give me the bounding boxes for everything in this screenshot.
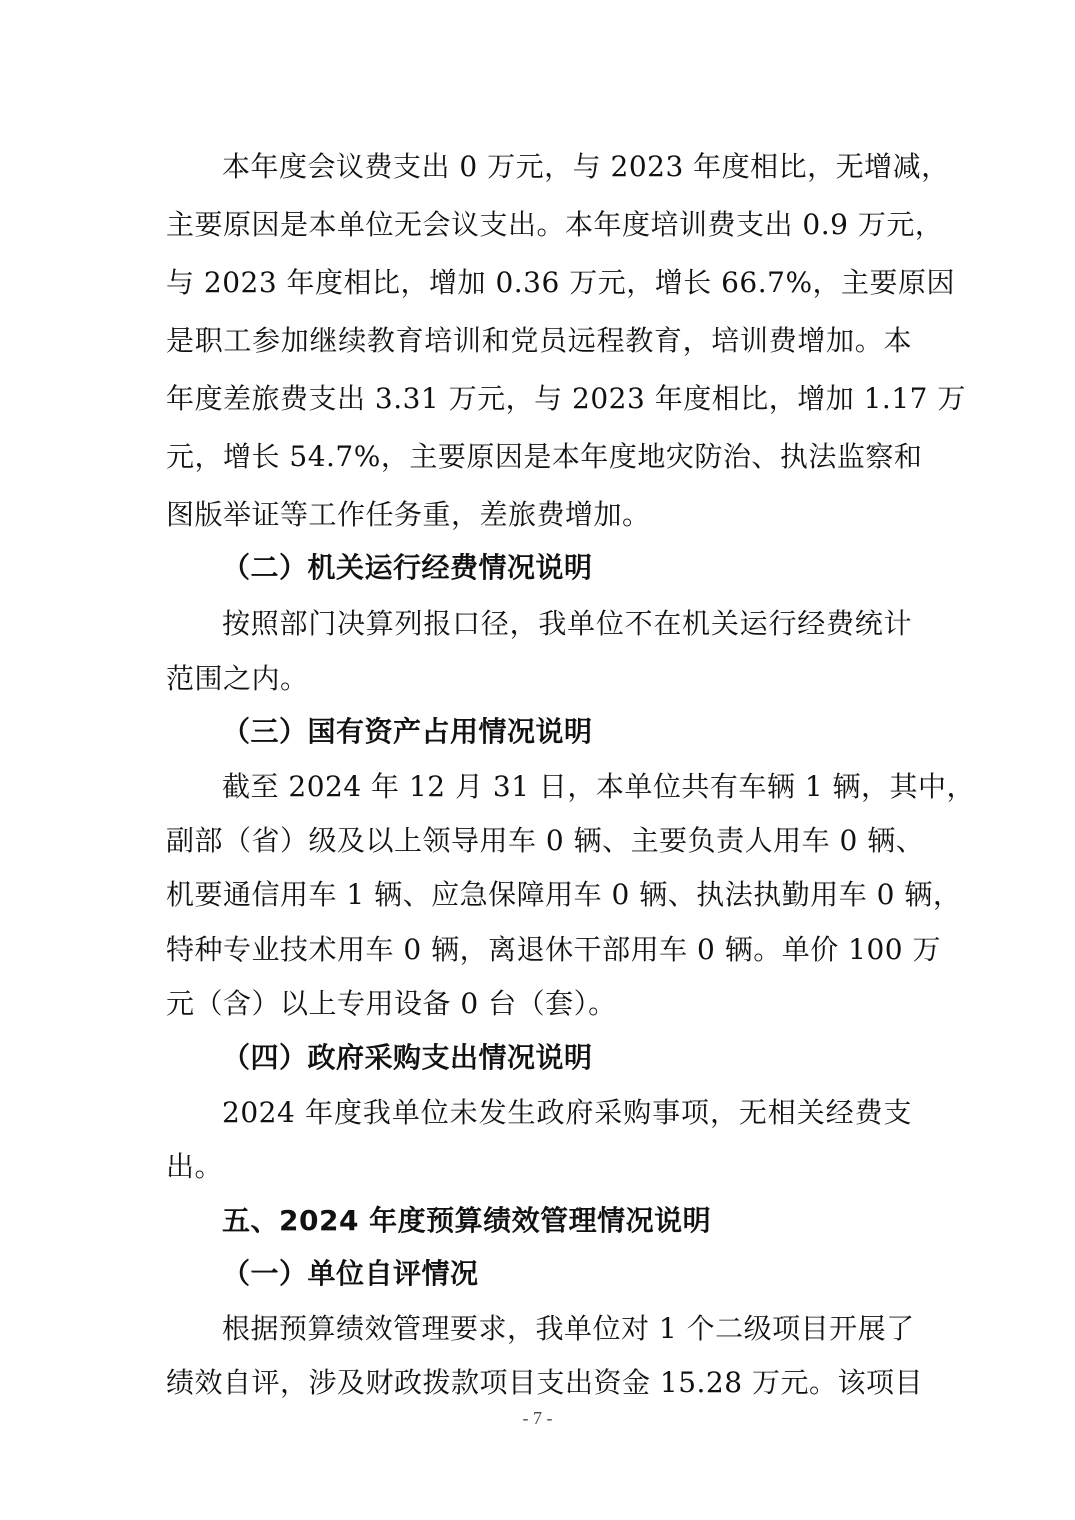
paragraph-line: 2024 年度我单位未发生政府采购事项，无相关经费支 xyxy=(222,1086,912,1140)
paragraph-line: 主要原因是本单位无会议支出。本年度培训费支出 0.9 万元， xyxy=(166,198,912,252)
subsection-heading: （四）政府采购支出情况说明 xyxy=(222,1031,593,1085)
paragraph-line: 特种专业技术用车 0 辆，离退休干部用车 0 辆。单价 100 万 xyxy=(166,923,912,977)
paragraph-line: 元（含）以上专用设备 0 台（套）。 xyxy=(166,977,617,1031)
paragraph-line: 本年度会议费支出 0 万元，与 2023 年度相比，无增减， xyxy=(222,140,912,194)
paragraph-line: 范围之内。 xyxy=(166,652,309,706)
paragraph-line: 图版举证等工作任务重，差旅费增加。 xyxy=(166,488,651,542)
paragraph-line: 绩效自评，涉及财政拨款项目支出资金 15.28 万元。该项目 xyxy=(166,1356,912,1410)
paragraph-line: 机要通信用车 1 辆、应急保障用车 0 辆、执法执勤用车 0 辆， xyxy=(166,868,912,922)
paragraph-line: 是职工参加继续教育培训和党员远程教育，培训费增加。本 xyxy=(166,314,912,368)
paragraph-line: 元，增长 54.7%，主要原因是本年度地灾防治、执法监察和 xyxy=(166,430,912,484)
section-heading: 五、2024 年度预算绩效管理情况说明 xyxy=(222,1194,711,1248)
paragraph-line: 年度差旅费支出 3.31 万元，与 2023 年度相比，增加 1.17 万 xyxy=(166,372,912,426)
subsection-heading: （三）国有资产占用情况说明 xyxy=(222,705,593,759)
paragraph-line: 根据预算绩效管理要求，我单位对 1 个二级项目开展了 xyxy=(222,1302,912,1356)
paragraph-line: 副部（省）级及以上领导用车 0 辆、主要负责人用车 0 辆、 xyxy=(166,814,912,868)
paragraph-line: 按照部门决算列报口径，我单位不在机关运行经费统计 xyxy=(222,597,912,651)
subsection-heading: （二）机关运行经费情况说明 xyxy=(222,541,593,595)
subsection-heading: （一）单位自评情况 xyxy=(222,1247,479,1301)
paragraph-line: 出。 xyxy=(166,1140,223,1194)
page-number: - 7 - xyxy=(0,1408,1075,1429)
paragraph-line: 截至 2024 年 12 月 31 日，本单位共有车辆 1 辆，其中， xyxy=(222,760,912,814)
document-page: 本年度会议费支出 0 万元，与 2023 年度相比，无增减， 主要原因是本单位无… xyxy=(0,0,1075,1520)
paragraph-line: 与 2023 年度相比，增加 0.36 万元，增长 66.7%，主要原因 xyxy=(166,256,912,310)
